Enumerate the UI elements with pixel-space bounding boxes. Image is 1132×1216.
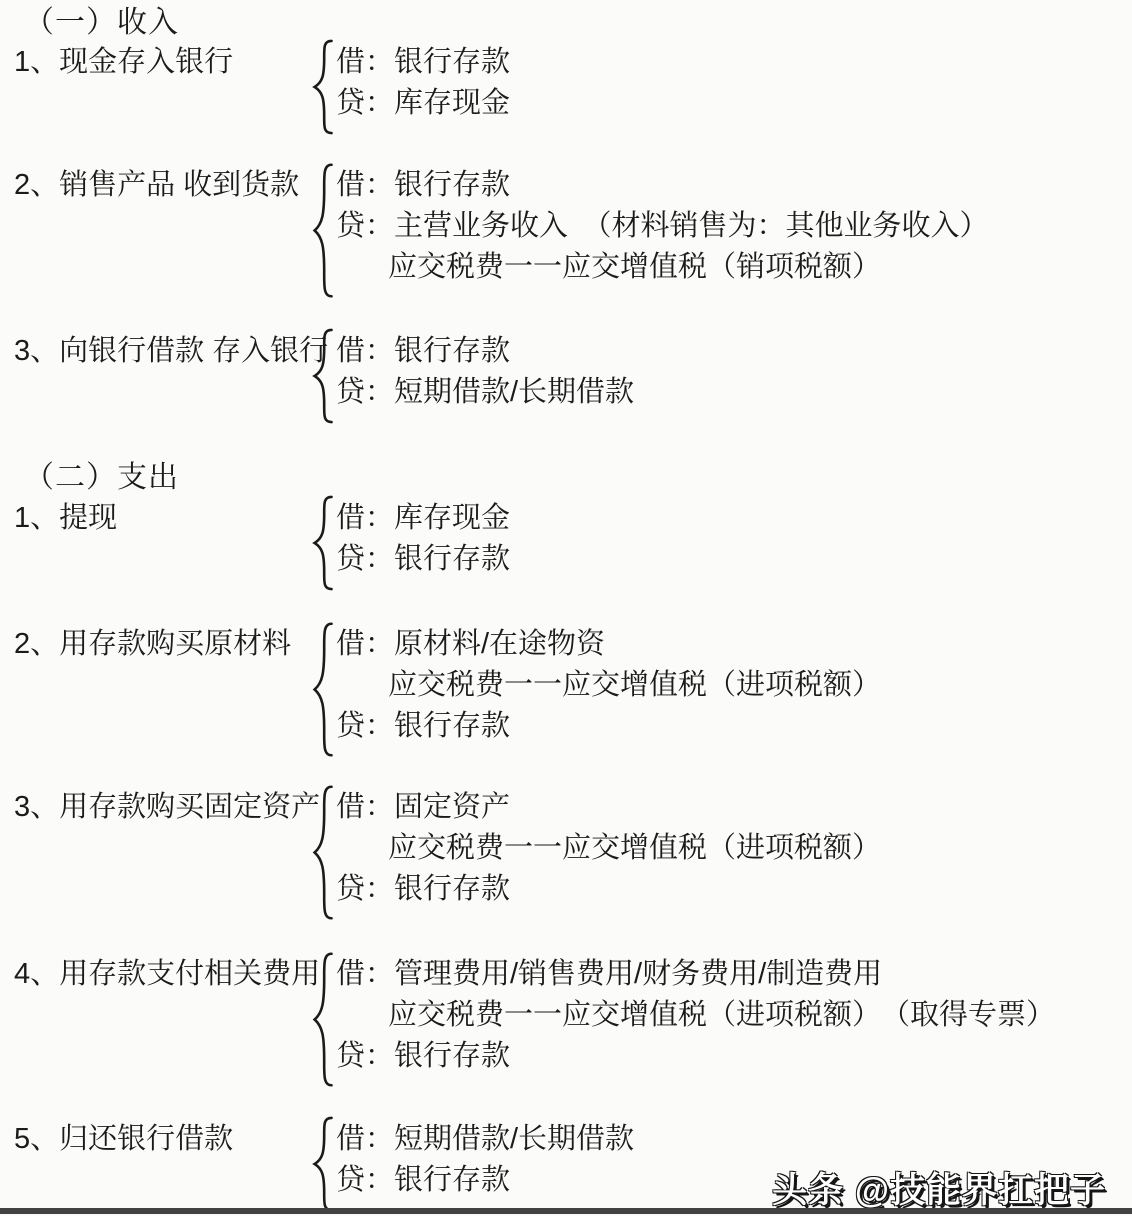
item-label: 1、提现 [14, 498, 117, 539]
item-label: 3、用存款购买固定资产 [14, 787, 320, 828]
journal-line-debit-continuation: 应交税费一一应交增值税（进项税额） [336, 665, 881, 706]
journal-line-credit: 贷：银行存款 [336, 539, 510, 580]
journal-line-debit: 借：短期借款/长期借款 [336, 1119, 634, 1160]
journal-line-debit: 借：原材料/在途物资 [336, 624, 881, 665]
curly-brace [309, 328, 336, 424]
journal-line-credit: 贷：银行存款 [336, 1036, 1055, 1077]
journal-line-credit: 贷：银行存款 [336, 869, 881, 910]
journal-line-debit: 借：管理费用/销售费用/财务费用/制造费用 [336, 954, 1055, 995]
journal-line-credit: 贷：银行存款 [336, 706, 881, 747]
journal-line-credit: 贷：主营业务收入 （材料销售为：其他业务收入） [336, 206, 989, 247]
item-label: 3、向银行借款 存入银行 [14, 331, 328, 372]
journal-line-debit: 借：银行存款 [336, 165, 989, 206]
journal-entries: 借：银行存款 贷：主营业务收入 （材料销售为：其他业务收入） 应交税费一一应交增… [336, 165, 989, 288]
item-label: 4、用存款支付相关费用 [14, 954, 320, 995]
item-label: 1、现金存入银行 [14, 42, 233, 83]
curly-brace [309, 39, 336, 135]
journal-line-credit: 贷：库存现金 [336, 83, 510, 124]
journal-line-debit: 借：固定资产 [336, 787, 881, 828]
item-label: 2、销售产品 收到货款 [14, 165, 299, 206]
journal-entries: 借：短期借款/长期借款 贷：银行存款 [336, 1119, 634, 1201]
curly-brace [309, 1116, 336, 1212]
bottom-border-bar [0, 1208, 1132, 1214]
accounting-notes-page: （一）收入 1、现金存入银行 借：银行存款 贷：库存现金 2、销售产品 收到货款… [0, 0, 1132, 1216]
toutiao-watermark: 头条 @技能界扛把子 [772, 1163, 1106, 1213]
journal-entries: 借：固定资产 应交税费一一应交增值税（进项税额） 贷：银行存款 [336, 787, 881, 910]
curly-brace [309, 162, 336, 299]
journal-line-credit-continuation: 应交税费一一应交增值税（销项税额） [336, 247, 989, 288]
journal-line-debit: 借：银行存款 [336, 331, 634, 372]
journal-entries: 借：银行存款 贷：短期借款/长期借款 [336, 331, 634, 413]
journal-entries: 借：库存现金 贷：银行存款 [336, 498, 510, 580]
journal-line-credit: 贷：银行存款 [336, 1160, 634, 1201]
curly-brace [309, 621, 336, 758]
curly-brace [309, 784, 336, 921]
journal-entries: 借：银行存款 贷：库存现金 [336, 42, 510, 124]
section-title-expense: （二）支出 [24, 457, 179, 498]
curly-brace [309, 495, 336, 591]
journal-entries: 借：管理费用/销售费用/财务费用/制造费用 应交税费一一应交增值税（进项税额） … [336, 954, 1055, 1077]
journal-entries: 借：原材料/在途物资 应交税费一一应交增值税（进项税额） 贷：银行存款 [336, 624, 881, 747]
journal-line-debit-continuation: 应交税费一一应交增值税（进项税额） （取得专票） [336, 995, 1055, 1036]
journal-line-debit: 借：银行存款 [336, 42, 510, 83]
journal-line-debit: 借：库存现金 [336, 498, 510, 539]
item-label: 5、归还银行借款 [14, 1119, 233, 1160]
item-label: 2、用存款购买原材料 [14, 624, 291, 665]
journal-line-credit: 贷：短期借款/长期借款 [336, 372, 634, 413]
journal-line-debit-continuation: 应交税费一一应交增值税（进项税额） [336, 828, 881, 869]
section-title-income: （一）收入 [24, 2, 179, 43]
curly-brace [309, 951, 336, 1088]
